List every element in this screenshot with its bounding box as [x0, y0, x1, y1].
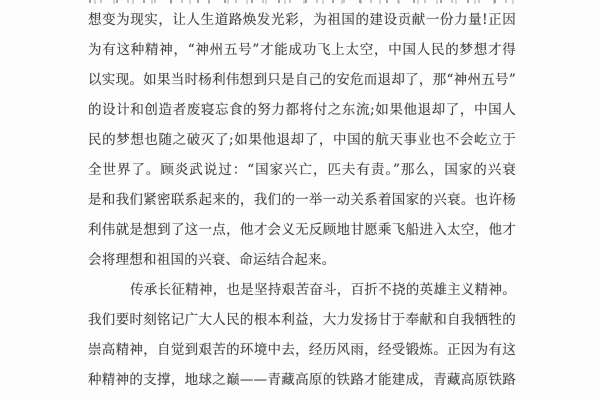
- text-line-paragraph-end: 会将理想和祖国的兴衰、命运结合起来。: [88, 245, 516, 275]
- text-line: 以实现。如果当时杨利伟想到只是自己的安危而退却了，那“神州五号”: [88, 65, 516, 95]
- text-line-paragraph-start: 传承长征精神，也是坚持艰苦奋斗，百折不挠的英雄主义精神。: [88, 275, 516, 305]
- text-line: 民的梦想也随之破灭了;如果他退却了，中国的航天事业也不会屹立于: [88, 125, 516, 155]
- text-line: 利伟就是想到了这一点，他才会义无反顾地甘愿乘飞船进入太空，他才: [88, 215, 516, 245]
- text-line: 想变为现实，让人生道路焕发光彩，为祖国的建设贡献一份力量!正因: [88, 5, 516, 35]
- text-line: 全世界了。顾炎武说过：“国家兴亡，匹夫有责。”那么，国家的兴衰: [88, 155, 516, 185]
- essay-text-block: 想变为现实，让人生道路焕发光彩，为祖国的建设贡献一份力量!正因 为有这种精神，“…: [88, 5, 516, 395]
- text-line: 种精神的支撑，地球之巅——青藏高原的铁路才能建成，青藏高原铁路: [88, 365, 516, 395]
- document-page: 想变为现实，让人生道路焕发光彩，为祖国的建设贡献一份力量!正因 为有这种精神，“…: [0, 0, 600, 400]
- text-line: 崇高精神，自觉到艰苦的环境中去，经历风雨，经受锻炼。正因为有这: [88, 335, 516, 365]
- text-line: 我们要时刻铭记广大人民的根本利益，大力发扬甘于奉献和自我牺牲的: [88, 305, 516, 335]
- text-line: 为有这种精神，“神州五号”才能成功飞上太空，中国人民的梦想才得: [88, 35, 516, 65]
- clipped-text-fragment: [89, 0, 516, 4]
- text-line: 是和我们紧密联系起来的，我们的一举一动关系着国家的兴衰。也许杨: [88, 185, 516, 215]
- text-line: 的设计和创造者废寝忘食的努力都将付之东流;如果他退却了，中国人: [88, 95, 516, 125]
